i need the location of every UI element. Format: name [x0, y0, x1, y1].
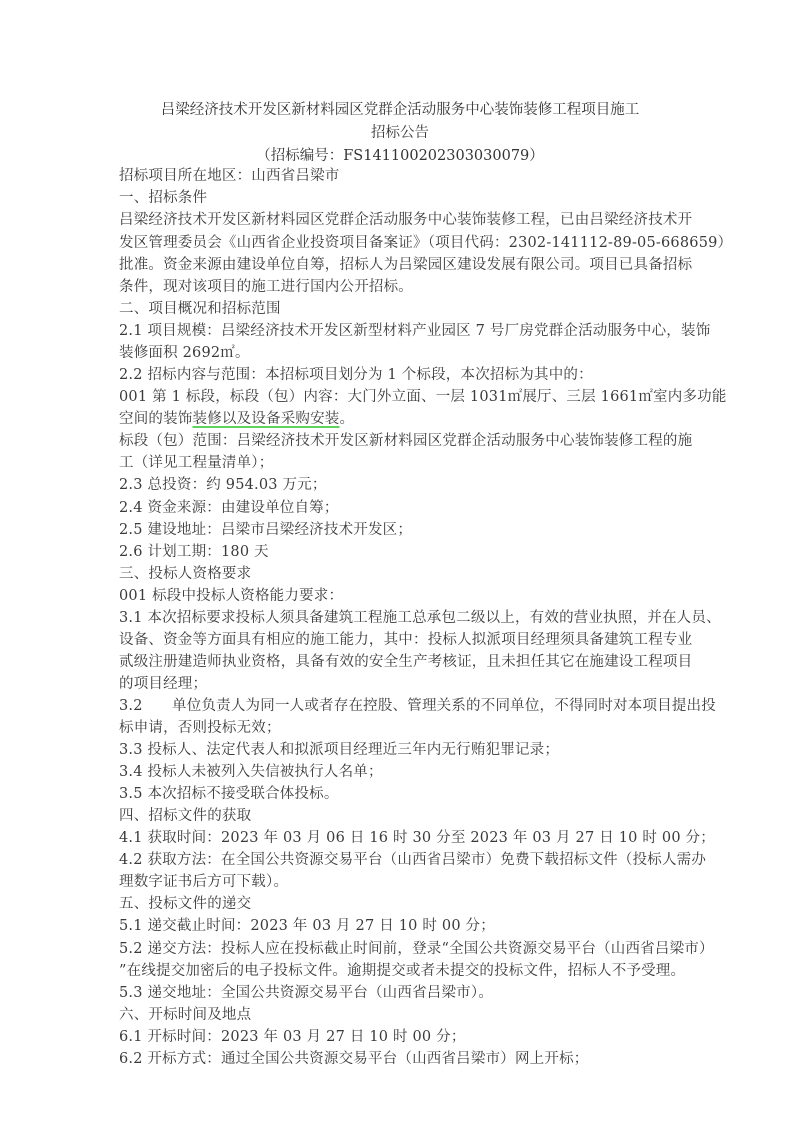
section-3-line: 001 标段中投标人资格能力要求：: [119, 584, 343, 605]
section-3-line: 3.3 投标人、法定代表人和拟派项目经理近三年内无行贿犯罪记录；: [119, 738, 559, 759]
section-3-line: 设备、资金等方面具有相应的施工能力，其中：投标人拟派项目经理须具备建筑工程专业: [119, 628, 692, 649]
section-2-line: 2.4 资金来源：由建设单位自筹；: [119, 496, 339, 517]
section-2-line: 2.1 项目规模：吕梁经济技术开发区新型材料产业园区 7 号厂房党群企活动服务中…: [119, 319, 710, 340]
bid-number: （招标编号：FS141100202303030079）: [0, 144, 800, 165]
section-4-line: 4.2 获取方法：在全国公共资源交易平台（山西省吕梁市）免费下载招标文件（投标人…: [119, 848, 706, 869]
section-heading-5: 五、投标文件的递交: [119, 892, 251, 913]
document-title-line1: 吕梁经济技术开发区新材料园区党群企活动服务中心装饰装修工程项目施工: [0, 98, 800, 119]
section-5-line: 5.3 递交地址：全国公共资源交易平台（山西省吕梁市）。: [119, 981, 493, 1002]
section-2-line: 2.2 招标内容与范围：本招标项目划分为 1 个标段，本次招标为其中的：: [119, 363, 593, 384]
section-6-line: 6.2 开标方式：通过全国公共资源交易平台（山西省吕梁市）网上开标；: [119, 1047, 588, 1068]
section-2-line-prefix: 空间的装饰: [119, 411, 193, 427]
section-4-line: 4.1 获取时间：2023 年 03 月 06 日 16 时 30 分至 202…: [119, 826, 715, 847]
section-2-line-underlined: 空间的装饰装修以及设备采购安装。: [119, 407, 354, 428]
section-2-line: 2.3 总投资：约 954.03 万元；: [119, 473, 327, 494]
section-1-line: 发区管理委员会《山西省企业投资项目备案证》（项目代码：2302-141112-8…: [119, 231, 732, 252]
section-heading-6: 六、开标时间及地点: [119, 1003, 251, 1024]
document-page: 吕梁经济技术开发区新材料园区党群企活动服务中心装饰装修工程项目施工 招标公告 （…: [0, 0, 800, 1131]
section-6-line: 6.1 开标时间：2023 年 03 月 27 日 10 时 00 分；: [119, 1025, 466, 1046]
section-2-line: 装修面积 2692㎡。: [119, 341, 250, 362]
section-5-line: 5.1 递交截止时间：2023 年 03 月 27 日 10 时 00 分；: [119, 914, 495, 935]
spellcheck-underline-text: 装修以及设备采购安装: [193, 411, 340, 427]
section-heading-4: 四、招标文件的获取: [119, 804, 251, 825]
section-1-line: 批准。资金来源由建设单位自筹，招标人为吕梁园区建设发展有限公司。项目已具备招标: [119, 253, 692, 274]
section-1-line: 条件，现对该项目的施工进行国内公开招标。: [119, 275, 413, 296]
section-3-line: 3.2 单位负责人为同一人或者存在控股、管理关系的不同单位，不得同时对本项目提出…: [119, 694, 716, 715]
section-3-line: 的项目经理；: [119, 672, 207, 693]
section-2-line-suffix: 。: [340, 411, 355, 427]
section-1-line: 吕梁经济技术开发区新材料园区党群企活动服务中心装饰装修工程，已由吕梁经济技术开: [119, 208, 692, 229]
section-2-line: 2.6 计划工期：180 天: [119, 540, 269, 561]
section-5-line: ”在线提交加密后的电子投标文件。逾期提交或者未提交的投标文件，招标人不予受理。: [119, 959, 685, 980]
section-heading-2: 二、项目概况和招标范围: [119, 297, 281, 318]
section-heading-1: 一、招标条件: [119, 186, 207, 207]
section-2-line: 标段（包）范围：吕梁经济技术开发区新材料园区党群企活动服务中心装饰装修工程的施: [119, 429, 692, 450]
section-2-line: 2.5 建设地址：吕梁市吕梁经济技术开发区；: [119, 518, 412, 539]
section-2-line: 001 第 1 标段，标段（包）内容：大门外立面、一层 1031㎡展厅、三层 1…: [119, 385, 727, 406]
section-3-line: 标申请，否则投标无效；: [119, 716, 281, 737]
section-3-line: 贰级注册建造师执业资格，具备有效的安全生产考核证，且未担任其它在施建设工程项目: [119, 650, 692, 671]
section-5-line: 5.2 递交方法：投标人应在投标截止时间前，登录“全国公共资源交易平台（山西省吕…: [119, 937, 714, 958]
section-heading-3: 三、投标人资格要求: [119, 562, 251, 583]
project-region: 招标项目所在地区：山西省吕梁市: [119, 164, 340, 185]
section-3-line: 3.5 本次招标不接受联合体投标。: [119, 782, 339, 803]
section-3-line: 3.1 本次招标要求投标人须具备建筑工程施工总承包二级以上，有效的营业执照，并在…: [119, 606, 721, 627]
section-2-line: 工（详见工程量清单）；: [119, 451, 273, 472]
section-3-line: 3.4 投标人未被列入失信被执行人名单；: [119, 760, 383, 781]
section-4-line: 理数字证书后方可下载）。: [119, 870, 288, 891]
document-title-line2: 招标公告: [0, 121, 800, 142]
